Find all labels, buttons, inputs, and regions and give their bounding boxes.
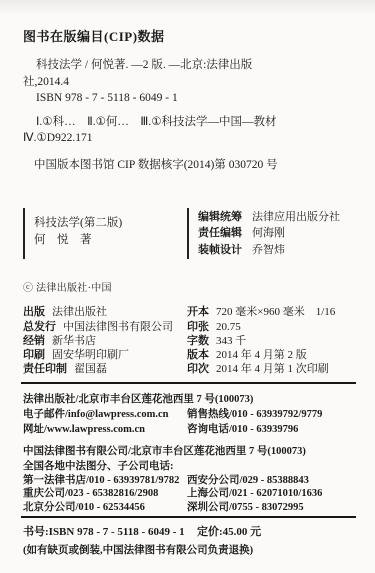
branch-item: 深圳公司/0755 - 83072995	[187, 501, 304, 514]
branch-row: 重庆公司/023 - 65382816/2908 上海公司/021 - 6207…	[23, 487, 357, 500]
branch-item: 上海公司/021 - 62071010/1636	[187, 487, 322, 500]
publishing-info-grid: 出版 法律出版社 开本 720 毫米×960 毫米 1/16 总发行 中国法律图…	[23, 305, 357, 376]
pub-label: 印次	[187, 362, 209, 376]
staff-label: 责任编辑	[198, 225, 242, 242]
cip-header: 图书在版编目(CIP)数据	[23, 26, 357, 45]
pub-label: 印刷	[23, 348, 45, 362]
publishing-row: 责任印制 翟国磊 印次 2014 年 4 月第 1 次印刷	[23, 362, 357, 376]
pub-label: 总发行	[23, 320, 56, 334]
staff-label: 装帧设计	[198, 242, 242, 259]
pub-value: 20.75	[216, 320, 241, 334]
cip-record: 科技法学 / 何悦著. —2 版. —北京:法律出版 社,2014.4 ISBN…	[23, 57, 357, 147]
cip-classification-line-2: Ⅳ.①D922.171	[23, 130, 357, 147]
pub-value: 343 千	[216, 334, 246, 348]
cip-classification-line-1: Ⅰ.①科… Ⅱ.①何… Ⅲ.①科技法学—中国—教材	[23, 114, 357, 131]
pub-value: 翟国磊	[74, 362, 107, 376]
publishing-row: 总发行 中国法律图书有限公司 印张 20.75	[23, 320, 357, 334]
title-and-staff-row: 科技法学(第二版) 何 悦 著 编辑统筹 法律应用出版分社 责任编辑 何海刚 装…	[23, 208, 357, 260]
pub-label: 版本	[187, 348, 209, 362]
pub-label: 出版	[23, 305, 45, 319]
contact-block: 法律出版社/北京市丰台区莲花池西里 7 号(100073) 电子邮件/info@…	[23, 392, 357, 514]
distributor-address: 中国法律图书有限公司/北京市丰台区莲花池西里 7 号(100073)	[23, 444, 357, 459]
pub-value: 2014 年 4 月第 1 次印刷	[216, 362, 329, 376]
book-author: 何 悦 著	[34, 232, 187, 249]
return-policy-note: (如有缺页或倒装,中国法律图书有限公司负责退换)	[23, 542, 357, 557]
book-title: 科技法学(第二版)	[34, 215, 187, 232]
pub-label: 经销	[23, 334, 45, 348]
price: 定价:45.00 元	[197, 525, 261, 539]
publishing-row: 印刷 固安华明印刷厂 版本 2014 年 4 月第 2 版	[23, 348, 357, 362]
contact-row: 网址/www.lawpress.com.cn 咨询电话/010 - 639397…	[23, 422, 357, 437]
publisher-email: 电子邮件/info@lawpress.com.cn	[23, 407, 187, 422]
pub-value: 中国法律图书有限公司	[63, 320, 173, 334]
book-title-block: 科技法学(第二版) 何 悦 著	[23, 208, 187, 260]
publishing-row: 出版 法律出版社 开本 720 毫米×960 毫米 1/16	[23, 305, 357, 319]
cip-isbn-line: ISBN 978 - 7 - 5118 - 6049 - 1	[23, 90, 357, 107]
pub-label: 责任印制	[23, 362, 67, 376]
footer-row: 书号:ISBN 978 - 7 - 5118 - 6049 - 1 定价:45.…	[23, 525, 357, 539]
staff-row: 装帧设计 乔智炜	[198, 242, 340, 259]
cip-registry-number: 中国版本图书馆 CIP 数据核字(2014)第 030720 号	[23, 156, 357, 172]
editorial-staff-block: 编辑统筹 法律应用出版分社 责任编辑 何海刚 装帧设计 乔智炜	[187, 208, 340, 260]
pub-label: 字数	[187, 334, 209, 348]
pub-label: 开本	[187, 305, 209, 319]
staff-label: 编辑统筹	[198, 209, 242, 226]
branch-item: 北京分公司/010 - 62534456	[23, 501, 187, 514]
branch-item: 重庆公司/023 - 65382816/2908	[23, 487, 187, 500]
consult-phone: 咨询电话/010 - 63939796	[187, 422, 298, 437]
copyright-line: ⓒ 法律出版社·中国	[23, 279, 357, 294]
publisher-address: 法律出版社/北京市丰台区莲花池西里 7 号(100073)	[23, 392, 357, 407]
publisher-website: 网址/www.lawpress.com.cn	[23, 422, 187, 437]
divider-rule-top	[21, 382, 356, 384]
pub-value: 720 毫米×960 毫米 1/16	[216, 305, 335, 319]
pub-value: 固安华明印刷厂	[52, 348, 129, 362]
staff-value: 何海刚	[252, 225, 285, 242]
staff-row: 编辑统筹 法律应用出版分社	[198, 209, 340, 226]
pub-value: 新华书店	[52, 334, 96, 348]
cip-record-line-1: 科技法学 / 何悦著. —2 版. —北京:法律出版	[23, 57, 357, 74]
pub-value: 法律出版社	[52, 305, 107, 319]
book-number: 书号:ISBN 978 - 7 - 5118 - 6049 - 1	[23, 525, 197, 539]
branch-row: 第一法律书店/010 - 63939781/9782 西安分公司/029 - 8…	[23, 474, 357, 487]
pub-label: 印张	[187, 320, 209, 334]
contact-row: 电子邮件/info@lawpress.com.cn 销售热线/010 - 639…	[23, 407, 357, 422]
divider-rule-bottom	[21, 516, 356, 518]
sales-hotline: 销售热线/010 - 63939792/9779	[187, 407, 322, 422]
branch-item: 第一法律书店/010 - 63939781/9782	[23, 474, 187, 487]
staff-value: 法律应用出版分社	[252, 209, 340, 226]
book-copyright-page: 图书在版编目(CIP)数据 科技法学 / 何悦著. —2 版. —北京:法律出版…	[0, 0, 375, 573]
pub-value: 2014 年 4 月第 2 版	[216, 348, 307, 362]
branch-row: 北京分公司/010 - 62534456 深圳公司/0755 - 8307299…	[23, 501, 357, 514]
branch-item: 西安分公司/029 - 85388843	[187, 474, 309, 487]
staff-row: 责任编辑 何海刚	[198, 225, 340, 242]
publishing-row: 经销 新华书店 字数 343 千	[23, 334, 357, 348]
branches-heading: 全国各地中法图分、子公司电话:	[23, 459, 357, 474]
staff-value: 乔智炜	[252, 242, 285, 259]
cip-record-line-2: 社,2014.4	[23, 74, 357, 91]
